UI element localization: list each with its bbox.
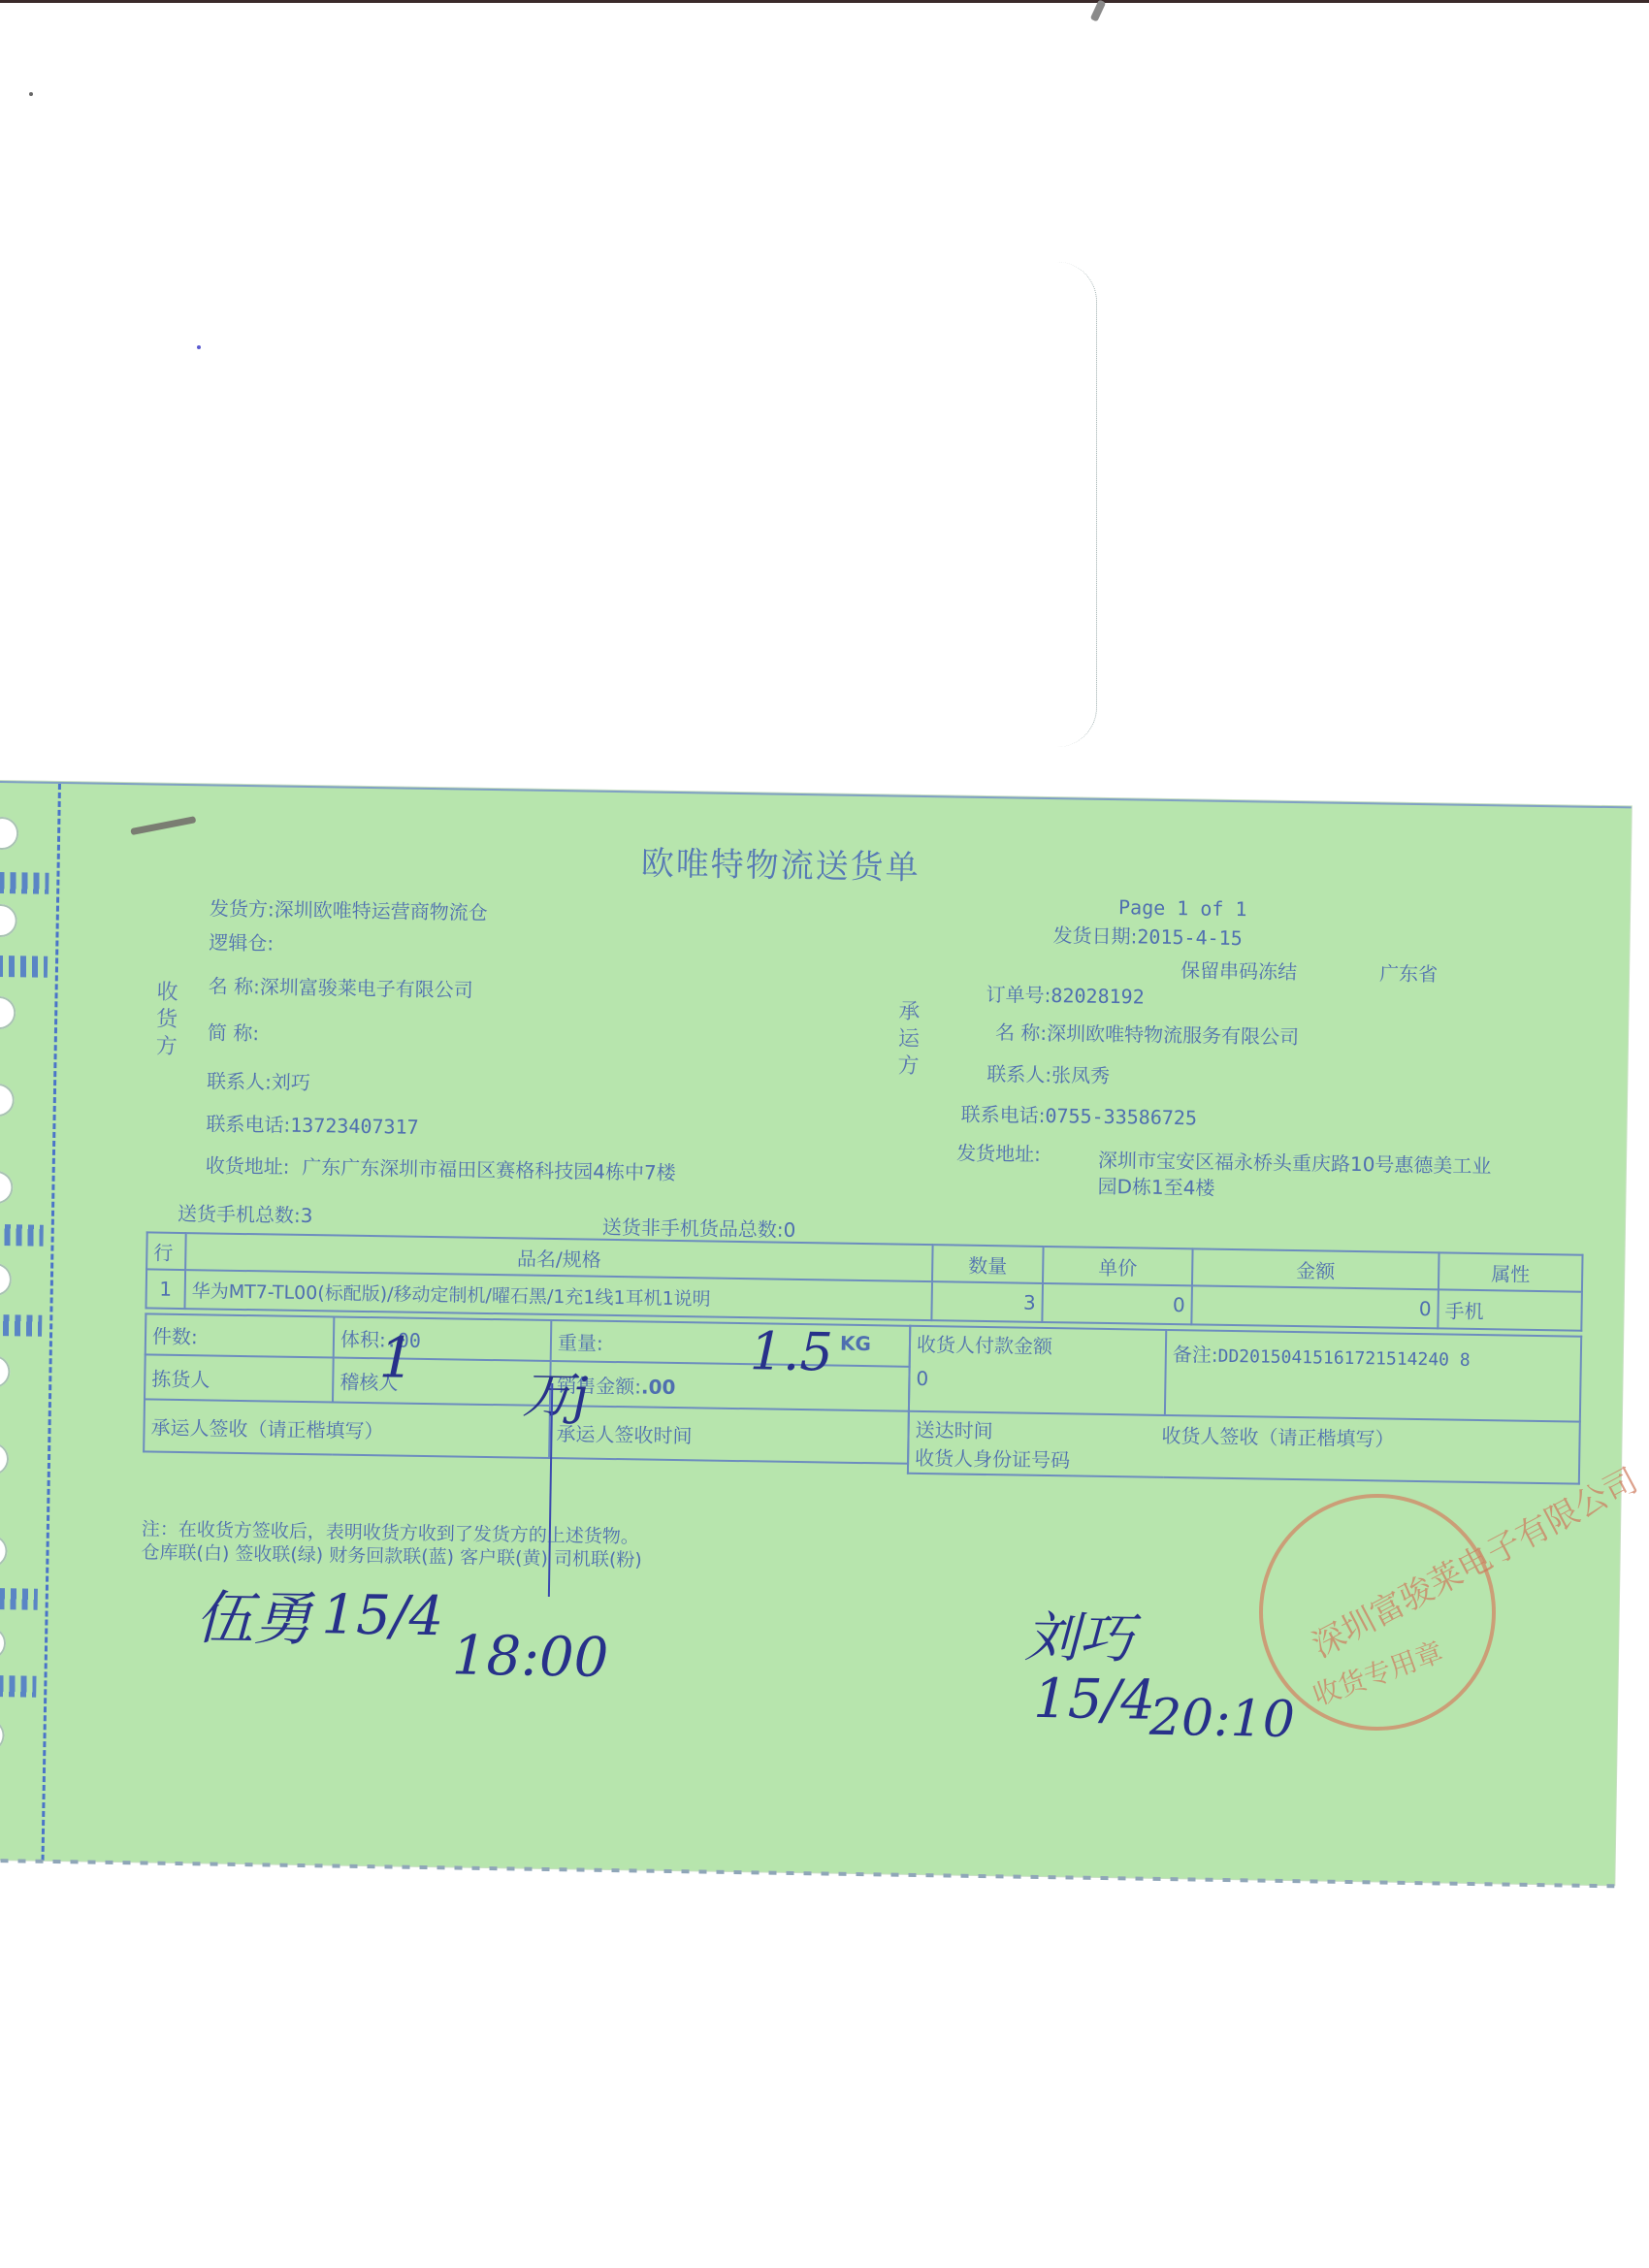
consignee-contact-label: 联系人:: [207, 1069, 272, 1093]
staple-mark: [130, 816, 196, 835]
carrier-section-label: 承运方: [897, 999, 921, 1081]
col-header-attribute: 属性: [1439, 1252, 1583, 1291]
carrier-contact-value: 张凤秀: [1051, 1063, 1110, 1087]
remarks-label: 备注:: [1173, 1343, 1218, 1367]
tractor-hole: [0, 1535, 8, 1569]
scan-speck: [197, 345, 201, 349]
tractor-hole: [0, 904, 17, 938]
consignee-phone: 联系电话:13723407317: [206, 1108, 419, 1139]
picker-cell: 拣货人: [145, 1354, 334, 1402]
tractor-code-mark: [0, 872, 49, 894]
cell-amount: 0: [1191, 1285, 1439, 1328]
fold-crease: [1057, 262, 1097, 747]
scan-mark: [1090, 0, 1107, 22]
tractor-hole: [0, 1084, 15, 1118]
consignee-phone-value: 13723407317: [290, 1114, 419, 1139]
consignee-phone-label: 联系电话:: [206, 1112, 290, 1136]
col-header-line: 行: [146, 1232, 186, 1270]
carrier-sign-cell: 承运人签收（请正楷填写）: [144, 1399, 550, 1458]
remarks-cell: 备注:DD20150415161721514240 8: [1165, 1330, 1581, 1422]
consignee-short-name-label: 简 称:: [208, 1017, 260, 1046]
consignee-name: 名 称:深圳富骏莱电子有限公司: [209, 970, 474, 1002]
consignee-contact: 联系人:刘巧: [207, 1065, 310, 1095]
cell-attribute: 手机: [1438, 1289, 1582, 1330]
scan-top-edge: [0, 0, 1649, 3]
handwritten-checker: 万j: [522, 1354, 589, 1428]
tractor-code-mark: [0, 1314, 42, 1337]
sales-amount-cell: 销售金额:.00: [550, 1361, 910, 1411]
phone-total: 送货手机总数:3: [178, 1198, 313, 1228]
weight-unit: KG: [840, 1331, 871, 1354]
tractor-code-mark: [0, 1675, 37, 1698]
tractor-hole: [0, 1442, 9, 1476]
carrier-contact-label: 联系人:: [986, 1062, 1051, 1086]
tractor-code-mark: [0, 1588, 38, 1610]
carrier-name-value: 深圳欧唯特物流服务有限公司: [1047, 1021, 1299, 1049]
ship-date-value: 2015-4-15: [1137, 924, 1243, 950]
consignee-address: 收货地址: 广东广东深圳市福田区赛格科技园4栋中7楼: [206, 1150, 676, 1185]
order-number-label: 订单号:: [986, 983, 1051, 1007]
consignee-contact-value: 刘巧: [272, 1070, 310, 1094]
carrier-address-line2: 园D栋1至4楼: [1097, 1171, 1214, 1201]
consignee-payment-value: 0: [916, 1367, 1158, 1394]
province: 广东省: [1379, 957, 1438, 987]
serial-freeze-note: 保留串码冻结: [1180, 955, 1297, 985]
cell-unit-price: 0: [1042, 1283, 1192, 1324]
consignee-payment-cell: 收货人付款金额 0: [909, 1326, 1166, 1415]
non-phone-total: 送货非手机货品总数:0: [602, 1212, 796, 1243]
document-title: 欧唯特物流送货单: [640, 836, 921, 889]
col-header-amount: 金额: [1192, 1248, 1439, 1289]
carrier-name-label: 名 称:: [995, 1021, 1047, 1045]
carrier-sign-date: 15/4: [321, 1583, 444, 1648]
tractor-hole: [0, 1627, 6, 1661]
consignee-signature: 刘巧: [1024, 1595, 1134, 1674]
handwritten-weight: 1.5: [749, 1320, 833, 1382]
shipper-value: 深圳欧唯特运营商物流仓: [275, 897, 488, 923]
tractor-hole: [0, 1263, 12, 1297]
col-header-unit-price: 单价: [1043, 1247, 1193, 1285]
handwritten-pieces: 1: [378, 1324, 415, 1391]
col-header-quantity: 数量: [932, 1245, 1044, 1283]
carrier-phone-value: 0755-33586725: [1045, 1104, 1197, 1129]
consignee-sign-label: 收货人签收（请正楷填写）: [1161, 1420, 1394, 1452]
consignee-name-value: 深圳富骏莱电子有限公司: [260, 975, 473, 1001]
non-phone-total-label: 送货非手机货品总数:: [602, 1215, 784, 1242]
tractor-hole: [0, 996, 16, 1030]
cell-line: 1: [145, 1269, 185, 1309]
phone-total-value: 3: [301, 1204, 313, 1227]
sales-amount-value: .00: [641, 1375, 676, 1399]
weight-label: 重量:: [558, 1331, 603, 1355]
cell-quantity: 3: [931, 1281, 1043, 1322]
consignee-payment-label: 收货人付款金额: [917, 1329, 1159, 1361]
delivery-sign-cell: 送达时间 收货人身份证号码 收货人签收（请正楷填写）: [908, 1411, 1580, 1484]
carrier-sign-time-cell: 承运人签收时间: [549, 1406, 909, 1464]
company-seal: 深圳富骏莱电子有限公司 收货专用章: [1259, 1494, 1496, 1731]
volume-cell: 体积:.00: [334, 1316, 552, 1361]
tractor-hole: [0, 1171, 14, 1205]
tractor-code-mark: [0, 956, 48, 978]
phone-total-label: 送货手机总数:: [178, 1202, 301, 1227]
pieces-cell: 件数:: [145, 1313, 335, 1357]
ship-date: 发货日期:2015-4-15: [1052, 920, 1243, 951]
pieces-label: 件数:: [152, 1324, 198, 1348]
perforation-line: [42, 784, 61, 1861]
shipper-label: 发货方:: [210, 896, 275, 921]
summary-row: 收货人付款金额 0 备注:DD20150415161721514240 8: [909, 1326, 1581, 1422]
non-phone-total-value: 0: [783, 1218, 795, 1242]
consignee-sign-time: 20:10: [1149, 1689, 1296, 1749]
weight-cell: 重量:KG: [551, 1320, 911, 1367]
order-number: 订单号:82028192: [986, 979, 1145, 1010]
carrier-signature: 伍勇: [195, 1571, 312, 1657]
scan-speck: [29, 92, 33, 96]
ship-date-label: 发货日期:: [1052, 923, 1137, 948]
tractor-code-mark: [0, 1224, 44, 1247]
consignee-section-label: 收货方: [155, 980, 179, 1061]
page-indicator: Page 1 of 1: [1118, 895, 1247, 921]
carrier-contact: 联系人:张凤秀: [986, 1058, 1110, 1088]
summary-table-right: 收货人付款金额 0 备注:DD20150415161721514240 8 送达…: [907, 1325, 1582, 1485]
shipper: 发货方:深圳欧唯特运营商物流仓: [210, 892, 488, 925]
carrier-phone-label: 联系电话:: [961, 1103, 1046, 1127]
consignee-address-value: 广东广东深圳市福田区赛格科技园4栋中7楼: [302, 1155, 676, 1184]
tractor-hole: [0, 1355, 11, 1389]
carrier-sign-time: 18:00: [451, 1624, 608, 1690]
carrier-name: 名 称:深圳欧唯特物流服务有限公司: [995, 1017, 1300, 1050]
logical-warehouse-label: 逻辑仓:: [209, 926, 274, 956]
consignee-sign-date: 15/4: [1033, 1668, 1156, 1733]
checker-cell: 稽核人: [333, 1357, 551, 1406]
tractor-hole: [0, 817, 18, 851]
order-number-value: 82028192: [1051, 984, 1145, 1009]
tractor-hole: [0, 1719, 5, 1753]
carrier-address-label: 发货地址:: [956, 1138, 1041, 1167]
summary-row: 送达时间 收货人身份证号码 收货人签收（请正楷填写）: [908, 1411, 1580, 1484]
consignee-name-label: 名 称:: [209, 974, 260, 998]
carrier-phone: 联系电话:0755-33586725: [961, 1099, 1198, 1131]
remarks-value: DD20150415161721514240 8: [1217, 1346, 1470, 1371]
consignee-address-label: 收货地址:: [206, 1153, 290, 1178]
